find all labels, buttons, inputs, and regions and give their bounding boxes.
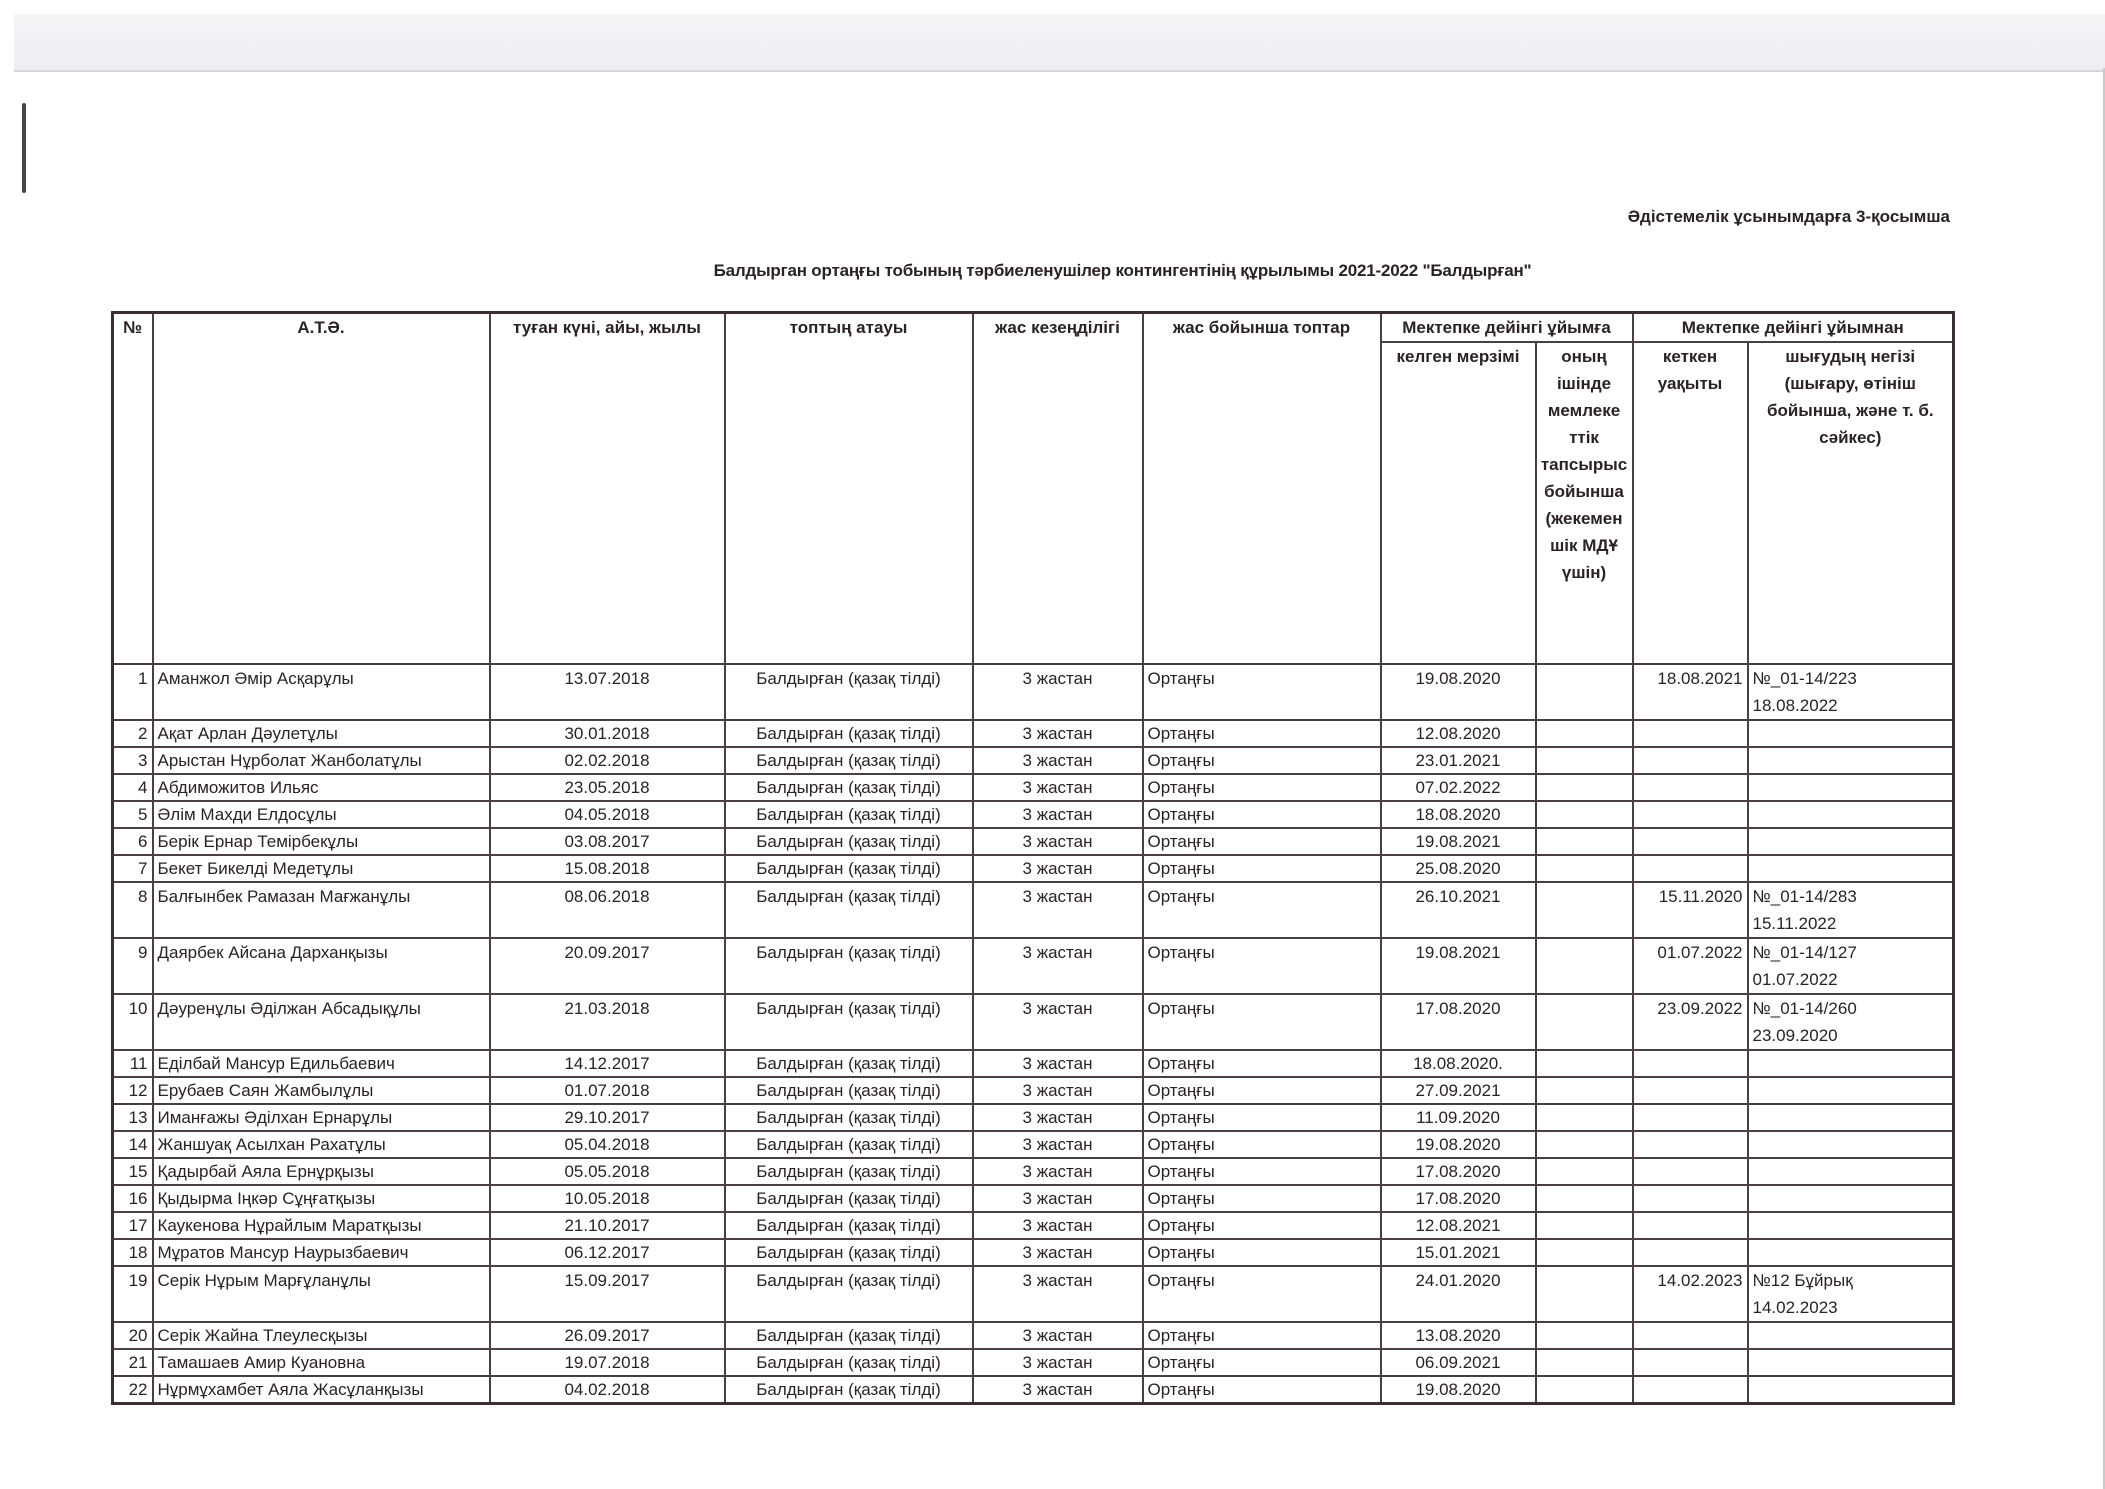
cell-name: Даярбек Айсана Дарханқызы — [153, 938, 490, 994]
cell-name: Еділбай Мансур Едильбаевич — [153, 1050, 490, 1077]
cell-group: Балдырған (қазақ тілді) — [725, 801, 973, 828]
cell-birth-date: 06.12.2017 — [490, 1239, 725, 1266]
cell-group: Балдырған (қазақ тілді) — [725, 828, 973, 855]
cell-state-order — [1536, 1212, 1633, 1239]
basis-line: №12 Бұйрық — [1753, 1267, 1949, 1294]
cell-num: 10 — [113, 994, 153, 1050]
cell-age-group: Ортаңғы — [1143, 774, 1381, 801]
cell-age-group: Ортаңғы — [1143, 1131, 1381, 1158]
cell-name: Серік Жайна Тлеулесқызы — [153, 1322, 490, 1349]
cell-age-period: 3 жастан — [973, 855, 1143, 882]
cell-arrival-date: 18.08.2020 — [1381, 801, 1536, 828]
cell-departure-basis — [1748, 1050, 1954, 1077]
cell-departure-date: 18.08.2021 — [1633, 664, 1748, 720]
cell-departure-date — [1633, 828, 1748, 855]
cell-state-order — [1536, 774, 1633, 801]
cell-birth-date: 04.05.2018 — [490, 801, 725, 828]
basis-line: №_01-14/283 — [1753, 883, 1949, 910]
col-header-departure-date: кеткен уақыты — [1633, 342, 1748, 664]
cell-name: Иманғажы Әділхан Ернарұлы — [153, 1104, 490, 1131]
cell-num: 18 — [113, 1239, 153, 1266]
table-row: 16Қыдырма Іңкәр Сұңғатқызы10.05.2018Балд… — [113, 1185, 1954, 1212]
cell-departure-date — [1633, 1077, 1748, 1104]
cell-group: Балдырған (қазақ тілді) — [725, 1239, 973, 1266]
cell-num: 2 — [113, 720, 153, 747]
cell-group: Балдырған (қазақ тілді) — [725, 747, 973, 774]
cell-name: Тамашаев Амир Куановна — [153, 1349, 490, 1376]
cell-state-order — [1536, 1239, 1633, 1266]
table-row: 4Абдиможитов Ильяс23.05.2018Балдырған (қ… — [113, 774, 1954, 801]
cell-departure-date: 01.07.2022 — [1633, 938, 1748, 994]
cell-name: Қыдырма Іңкәр Сұңғатқызы — [153, 1185, 490, 1212]
cell-birth-date: 15.09.2017 — [490, 1266, 725, 1322]
cell-group: Балдырған (қазақ тілді) — [725, 1131, 973, 1158]
annex-label: Әдістемелік ұсынымдарға 3-қосымша — [1628, 207, 1950, 227]
cell-departure-basis — [1748, 720, 1954, 747]
table-row: 17Каукенова Нұрайлым Маратқызы21.10.2017… — [113, 1212, 1954, 1239]
cell-group: Балдырған (қазақ тілді) — [725, 1322, 973, 1349]
cell-num: 1 — [113, 664, 153, 720]
cell-birth-date: 30.01.2018 — [490, 720, 725, 747]
table-row: 15Қадырбай Аяла Ернұрқызы05.05.2018Балды… — [113, 1158, 1954, 1185]
cell-age-group: Ортаңғы — [1143, 994, 1381, 1050]
col-header-age-period: жас кезеңділігі — [973, 313, 1143, 665]
cell-state-order — [1536, 1376, 1633, 1404]
cell-departure-date — [1633, 1131, 1748, 1158]
cell-arrival-date: 17.08.2020 — [1381, 1185, 1536, 1212]
cell-departure-date — [1633, 1050, 1748, 1077]
cell-age-group: Ортаңғы — [1143, 855, 1381, 882]
cell-age-group: Ортаңғы — [1143, 1158, 1381, 1185]
cell-name: Әлім Махди Елдосұлы — [153, 801, 490, 828]
cell-age-period: 3 жастан — [973, 1185, 1143, 1212]
cell-group: Балдырған (қазақ тілді) — [725, 1349, 973, 1376]
col-header-name: А.Т.Ә. — [153, 313, 490, 665]
table-row: 7Бекет Бикелді Медетұлы15.08.2018Балдырғ… — [113, 855, 1954, 882]
cell-age-period: 3 жастан — [973, 938, 1143, 994]
table-row: 13Иманғажы Әділхан Ернарұлы29.10.2017Бал… — [113, 1104, 1954, 1131]
cell-birth-date: 05.04.2018 — [490, 1131, 725, 1158]
cell-birth-date: 13.07.2018 — [490, 664, 725, 720]
cell-arrival-date: 17.08.2020 — [1381, 994, 1536, 1050]
cell-state-order — [1536, 1104, 1633, 1131]
cell-age-period: 3 жастан — [973, 1050, 1143, 1077]
table-row: 21Тамашаев Амир Куановна19.07.2018Балдыр… — [113, 1349, 1954, 1376]
cell-arrival-date: 19.08.2020 — [1381, 1131, 1536, 1158]
cell-departure-date — [1633, 720, 1748, 747]
table-row: 14Жаншуақ Асылхан Рахатұлы05.04.2018Балд… — [113, 1131, 1954, 1158]
cell-departure-date — [1633, 1349, 1748, 1376]
col-header-arrival-date: келген мерзімі — [1381, 342, 1536, 664]
cell-birth-date: 02.02.2018 — [490, 747, 725, 774]
cell-arrival-date: 19.08.2021 — [1381, 938, 1536, 994]
cell-arrival-date: 24.01.2020 — [1381, 1266, 1536, 1322]
cell-birth-date: 10.05.2018 — [490, 1185, 725, 1212]
cell-age-period: 3 жастан — [973, 1212, 1143, 1239]
cell-departure-basis: №_01-14/28315.11.2022 — [1748, 882, 1954, 938]
cell-age-period: 3 жастан — [973, 1104, 1143, 1131]
cell-state-order — [1536, 828, 1633, 855]
cell-departure-date — [1633, 747, 1748, 774]
cell-num: 4 — [113, 774, 153, 801]
cell-departure-date — [1633, 1376, 1748, 1404]
table-row: 19Серік Нұрым Марғұланұлы15.09.2017Балды… — [113, 1266, 1954, 1322]
cell-age-period: 3 жастан — [973, 1077, 1143, 1104]
cell-name: Балғынбек Рамазан Мағжанұлы — [153, 882, 490, 938]
cell-departure-basis — [1748, 1349, 1954, 1376]
cell-name: Бекет Бикелді Медетұлы — [153, 855, 490, 882]
cell-age-period: 3 жастан — [973, 664, 1143, 720]
cell-name: Серік Нұрым Марғұланұлы — [153, 1266, 490, 1322]
cell-departure-basis — [1748, 828, 1954, 855]
basis-line: №_01-14/223 — [1753, 665, 1949, 692]
cell-num: 6 — [113, 828, 153, 855]
cell-departure-basis — [1748, 774, 1954, 801]
cell-state-order — [1536, 1158, 1633, 1185]
cell-age-group: Ортаңғы — [1143, 1185, 1381, 1212]
cell-age-group: Ортаңғы — [1143, 828, 1381, 855]
table-body: 1Аманжол Әмір Асқарұлы13.07.2018Балдырға… — [113, 664, 1954, 1404]
cell-arrival-date: 11.09.2020 — [1381, 1104, 1536, 1131]
cell-state-order — [1536, 938, 1633, 994]
col-header-arrival-group: Мектепке дейінгі ұйымға — [1381, 313, 1633, 343]
cell-age-period: 3 жастан — [973, 882, 1143, 938]
cell-departure-basis — [1748, 1104, 1954, 1131]
cell-state-order — [1536, 1050, 1633, 1077]
cell-departure-date — [1633, 801, 1748, 828]
cell-departure-basis — [1748, 1322, 1954, 1349]
cell-departure-basis — [1748, 1376, 1954, 1404]
cell-birth-date: 05.05.2018 — [490, 1158, 725, 1185]
cell-num: 3 — [113, 747, 153, 774]
cell-age-group: Ортаңғы — [1143, 1077, 1381, 1104]
cell-age-group: Ортаңғы — [1143, 1266, 1381, 1322]
cell-birth-date: 23.05.2018 — [490, 774, 725, 801]
cell-name: Нұрмұхамбет Аяла Жасұланқызы — [153, 1376, 490, 1404]
table-row: 6Берік Ернар Темірбекұлы03.08.2017Балдыр… — [113, 828, 1954, 855]
cell-num: 22 — [113, 1376, 153, 1404]
col-header-state-order: оның ішінде мемлеке ттік тапсырыс бойынш… — [1536, 342, 1633, 664]
cell-departure-basis — [1748, 1185, 1954, 1212]
cell-name: Ерубаев Саян Жамбылұлы — [153, 1077, 490, 1104]
col-header-departure-group: Мектепке дейінгі ұйымнан — [1633, 313, 1954, 343]
contingent-table: № А.Т.Ә. туған күні, айы, жылы топтың ат… — [111, 311, 1955, 1405]
table-row: 1Аманжол Әмір Асқарұлы13.07.2018Балдырға… — [113, 664, 1954, 720]
cell-group: Балдырған (қазақ тілді) — [725, 664, 973, 720]
cell-age-period: 3 жастан — [973, 747, 1143, 774]
cell-arrival-date: 12.08.2020 — [1381, 720, 1536, 747]
cell-num: 19 — [113, 1266, 153, 1322]
table-row: 11Еділбай Мансур Едильбаевич14.12.2017Ба… — [113, 1050, 1954, 1077]
cell-num: 7 — [113, 855, 153, 882]
table-row: 2Ақат Арлан Дәулетұлы30.01.2018Балдырған… — [113, 720, 1954, 747]
cell-name: Арыстан Нұрболат Жанболатұлы — [153, 747, 490, 774]
cell-group: Балдырған (қазақ тілді) — [725, 1104, 973, 1131]
cell-num: 17 — [113, 1212, 153, 1239]
cell-name: Абдиможитов Ильяс — [153, 774, 490, 801]
cell-age-group: Ортаңғы — [1143, 938, 1381, 994]
table-row: 9Даярбек Айсана Дарханқызы20.09.2017Балд… — [113, 938, 1954, 994]
header-row-top: № А.Т.Ә. туған күні, айы, жылы топтың ат… — [113, 313, 1954, 343]
cell-name: Берік Ернар Темірбекұлы — [153, 828, 490, 855]
cell-num: 16 — [113, 1185, 153, 1212]
cell-departure-basis — [1748, 1077, 1954, 1104]
cell-arrival-date: 15.01.2021 — [1381, 1239, 1536, 1266]
cell-group: Балдырған (қазақ тілді) — [725, 1185, 973, 1212]
cell-age-period: 3 жастан — [973, 1131, 1143, 1158]
cell-num: 8 — [113, 882, 153, 938]
cell-birth-date: 21.10.2017 — [490, 1212, 725, 1239]
cell-arrival-date: 13.08.2020 — [1381, 1322, 1536, 1349]
cell-departure-date — [1633, 855, 1748, 882]
col-header-age-group: жас бойынша топтар — [1143, 313, 1381, 665]
cell-departure-basis — [1748, 1131, 1954, 1158]
cell-birth-date: 04.02.2018 — [490, 1376, 725, 1404]
table-row: 10Дәуренұлы Әділжан Абсадықұлы21.03.2018… — [113, 994, 1954, 1050]
cell-departure-date — [1633, 1239, 1748, 1266]
cell-state-order — [1536, 1185, 1633, 1212]
cell-arrival-date: 17.08.2020 — [1381, 1158, 1536, 1185]
cell-departure-date — [1633, 1104, 1748, 1131]
cell-age-group: Ортаңғы — [1143, 1050, 1381, 1077]
cell-age-period: 3 жастан — [973, 828, 1143, 855]
cell-group: Балдырған (қазақ тілді) — [725, 882, 973, 938]
cell-name: Дәуренұлы Әділжан Абсадықұлы — [153, 994, 490, 1050]
cell-birth-date: 03.08.2017 — [490, 828, 725, 855]
cell-num: 5 — [113, 801, 153, 828]
cell-state-order — [1536, 1266, 1633, 1322]
cell-departure-date — [1633, 1185, 1748, 1212]
cell-state-order — [1536, 801, 1633, 828]
cell-age-period: 3 жастан — [973, 720, 1143, 747]
cell-state-order — [1536, 1077, 1633, 1104]
cell-num: 20 — [113, 1322, 153, 1349]
table-row: 22Нұрмұхамбет Аяла Жасұланқызы04.02.2018… — [113, 1376, 1954, 1404]
table-row: 5Әлім Махди Елдосұлы04.05.2018Балдырған … — [113, 801, 1954, 828]
table-row: 20Серік Жайна Тлеулесқызы26.09.2017Балды… — [113, 1322, 1954, 1349]
cell-birth-date: 08.06.2018 — [490, 882, 725, 938]
cell-group: Балдырған (қазақ тілді) — [725, 938, 973, 994]
staple-mark — [22, 103, 26, 193]
basis-line: 01.07.2022 — [1753, 966, 1949, 993]
cell-departure-basis — [1748, 1239, 1954, 1266]
basis-line: 23.09.2020 — [1753, 1022, 1949, 1049]
cell-arrival-date: 12.08.2021 — [1381, 1212, 1536, 1239]
cell-birth-date: 29.10.2017 — [490, 1104, 725, 1131]
cell-name: Ақат Арлан Дәулетұлы — [153, 720, 490, 747]
cell-group: Балдырған (қазақ тілді) — [725, 1050, 973, 1077]
cell-state-order — [1536, 882, 1633, 938]
cell-departure-date: 15.11.2020 — [1633, 882, 1748, 938]
cell-name: Каукенова Нұрайлым Маратқызы — [153, 1212, 490, 1239]
cell-arrival-date: 07.02.2022 — [1381, 774, 1536, 801]
cell-departure-basis — [1748, 1212, 1954, 1239]
cell-arrival-date: 19.08.2020 — [1381, 664, 1536, 720]
cell-num: 21 — [113, 1349, 153, 1376]
cell-arrival-date: 27.09.2021 — [1381, 1077, 1536, 1104]
col-header-birth: туған күні, айы, жылы — [490, 313, 725, 665]
cell-age-period: 3 жастан — [973, 774, 1143, 801]
cell-num: 14 — [113, 1131, 153, 1158]
cell-age-period: 3 жастан — [973, 994, 1143, 1050]
col-header-num: № — [113, 313, 153, 665]
cell-departure-basis: №12 Бұйрық14.02.2023 — [1748, 1266, 1954, 1322]
cell-arrival-date: 06.09.2021 — [1381, 1349, 1536, 1376]
cell-group: Балдырған (қазақ тілді) — [725, 1212, 973, 1239]
col-header-group: топтың атауы — [725, 313, 973, 665]
cell-group: Балдырған (қазақ тілді) — [725, 1158, 973, 1185]
cell-departure-basis — [1748, 747, 1954, 774]
cell-birth-date: 19.07.2018 — [490, 1349, 725, 1376]
cell-departure-basis: №_01-14/12701.07.2022 — [1748, 938, 1954, 994]
table-row: 12Ерубаев Саян Жамбылұлы01.07.2018Балдыр… — [113, 1077, 1954, 1104]
cell-state-order — [1536, 1349, 1633, 1376]
cell-age-period: 3 жастан — [973, 1158, 1143, 1185]
cell-arrival-date: 18.08.2020. — [1381, 1050, 1536, 1077]
cell-birth-date: 20.09.2017 — [490, 938, 725, 994]
cell-state-order — [1536, 855, 1633, 882]
table-row: 3Арыстан Нұрболат Жанболатұлы02.02.2018Б… — [113, 747, 1954, 774]
cell-name: Мұратов Мансур Наурызбаевич — [153, 1239, 490, 1266]
cell-num: 12 — [113, 1077, 153, 1104]
cell-departure-date: 14.02.2023 — [1633, 1266, 1748, 1322]
cell-group: Балдырған (қазақ тілді) — [725, 1077, 973, 1104]
cell-age-group: Ортаңғы — [1143, 1212, 1381, 1239]
cell-departure-basis — [1748, 801, 1954, 828]
cell-age-group: Ортаңғы — [1143, 664, 1381, 720]
cell-num: 13 — [113, 1104, 153, 1131]
basis-line: №_01-14/260 — [1753, 995, 1949, 1022]
cell-departure-date — [1633, 1212, 1748, 1239]
cell-arrival-date: 19.08.2021 — [1381, 828, 1536, 855]
cell-age-group: Ортаңғы — [1143, 1376, 1381, 1404]
document-title: Балдырган ортаңғы тобының тәрбиеленушіле… — [0, 261, 2105, 281]
cell-birth-date: 21.03.2018 — [490, 994, 725, 1050]
cell-departure-basis: №_01-14/22318.08.2022 — [1748, 664, 1954, 720]
cell-departure-basis — [1748, 855, 1954, 882]
cell-departure-date — [1633, 1158, 1748, 1185]
cell-name: Жаншуақ Асылхан Рахатұлы — [153, 1131, 490, 1158]
cell-birth-date: 15.08.2018 — [490, 855, 725, 882]
cell-arrival-date: 19.08.2020 — [1381, 1376, 1536, 1404]
cell-group: Балдырған (қазақ тілді) — [725, 1376, 973, 1404]
cell-age-group: Ортаңғы — [1143, 1349, 1381, 1376]
scanner-edge-band — [14, 14, 2105, 72]
cell-arrival-date: 26.10.2021 — [1381, 882, 1536, 938]
cell-departure-basis — [1748, 1158, 1954, 1185]
cell-age-period: 3 жастан — [973, 1376, 1143, 1404]
cell-num: 11 — [113, 1050, 153, 1077]
cell-age-period: 3 жастан — [973, 1239, 1143, 1266]
basis-line: 15.11.2022 — [1753, 910, 1949, 937]
cell-birth-date: 26.09.2017 — [490, 1322, 725, 1349]
cell-group: Балдырған (қазақ тілді) — [725, 720, 973, 747]
cell-age-group: Ортаңғы — [1143, 882, 1381, 938]
basis-line: 14.02.2023 — [1753, 1294, 1949, 1321]
cell-age-group: Ортаңғы — [1143, 1104, 1381, 1131]
cell-name: Аманжол Әмір Асқарұлы — [153, 664, 490, 720]
cell-age-period: 3 жастан — [973, 1266, 1143, 1322]
cell-num: 15 — [113, 1158, 153, 1185]
cell-name: Қадырбай Аяла Ернұрқызы — [153, 1158, 490, 1185]
cell-age-group: Ортаңғы — [1143, 747, 1381, 774]
cell-age-period: 3 жастан — [973, 1322, 1143, 1349]
cell-state-order — [1536, 747, 1633, 774]
cell-departure-date: 23.09.2022 — [1633, 994, 1748, 1050]
cell-group: Балдырған (қазақ тілді) — [725, 1266, 973, 1322]
basis-line: 18.08.2022 — [1753, 692, 1949, 719]
cell-age-period: 3 жастан — [973, 1349, 1143, 1376]
cell-state-order — [1536, 994, 1633, 1050]
cell-departure-basis: №_01-14/26023.09.2020 — [1748, 994, 1954, 1050]
basis-line: №_01-14/127 — [1753, 939, 1949, 966]
cell-state-order — [1536, 1322, 1633, 1349]
col-header-departure-basis: шығудың негізі (шығару, өтініш бойынша, … — [1748, 342, 1954, 664]
cell-num: 9 — [113, 938, 153, 994]
cell-age-group: Ортаңғы — [1143, 1239, 1381, 1266]
cell-state-order — [1536, 1131, 1633, 1158]
cell-birth-date: 01.07.2018 — [490, 1077, 725, 1104]
cell-age-period: 3 жастан — [973, 801, 1143, 828]
cell-departure-date — [1633, 1322, 1748, 1349]
cell-age-group: Ортаңғы — [1143, 801, 1381, 828]
cell-state-order — [1536, 664, 1633, 720]
cell-age-group: Ортаңғы — [1143, 1322, 1381, 1349]
cell-group: Балдырған (қазақ тілді) — [725, 855, 973, 882]
table-row: 8Балғынбек Рамазан Мағжанұлы08.06.2018Ба… — [113, 882, 1954, 938]
cell-arrival-date: 23.01.2021 — [1381, 747, 1536, 774]
table-row: 18Мұратов Мансур Наурызбаевич06.12.2017Б… — [113, 1239, 1954, 1266]
cell-arrival-date: 25.08.2020 — [1381, 855, 1536, 882]
cell-age-group: Ортаңғы — [1143, 720, 1381, 747]
cell-group: Балдырған (қазақ тілді) — [725, 994, 973, 1050]
cell-birth-date: 14.12.2017 — [490, 1050, 725, 1077]
cell-state-order — [1536, 720, 1633, 747]
cell-departure-date — [1633, 774, 1748, 801]
cell-group: Балдырған (қазақ тілді) — [725, 774, 973, 801]
